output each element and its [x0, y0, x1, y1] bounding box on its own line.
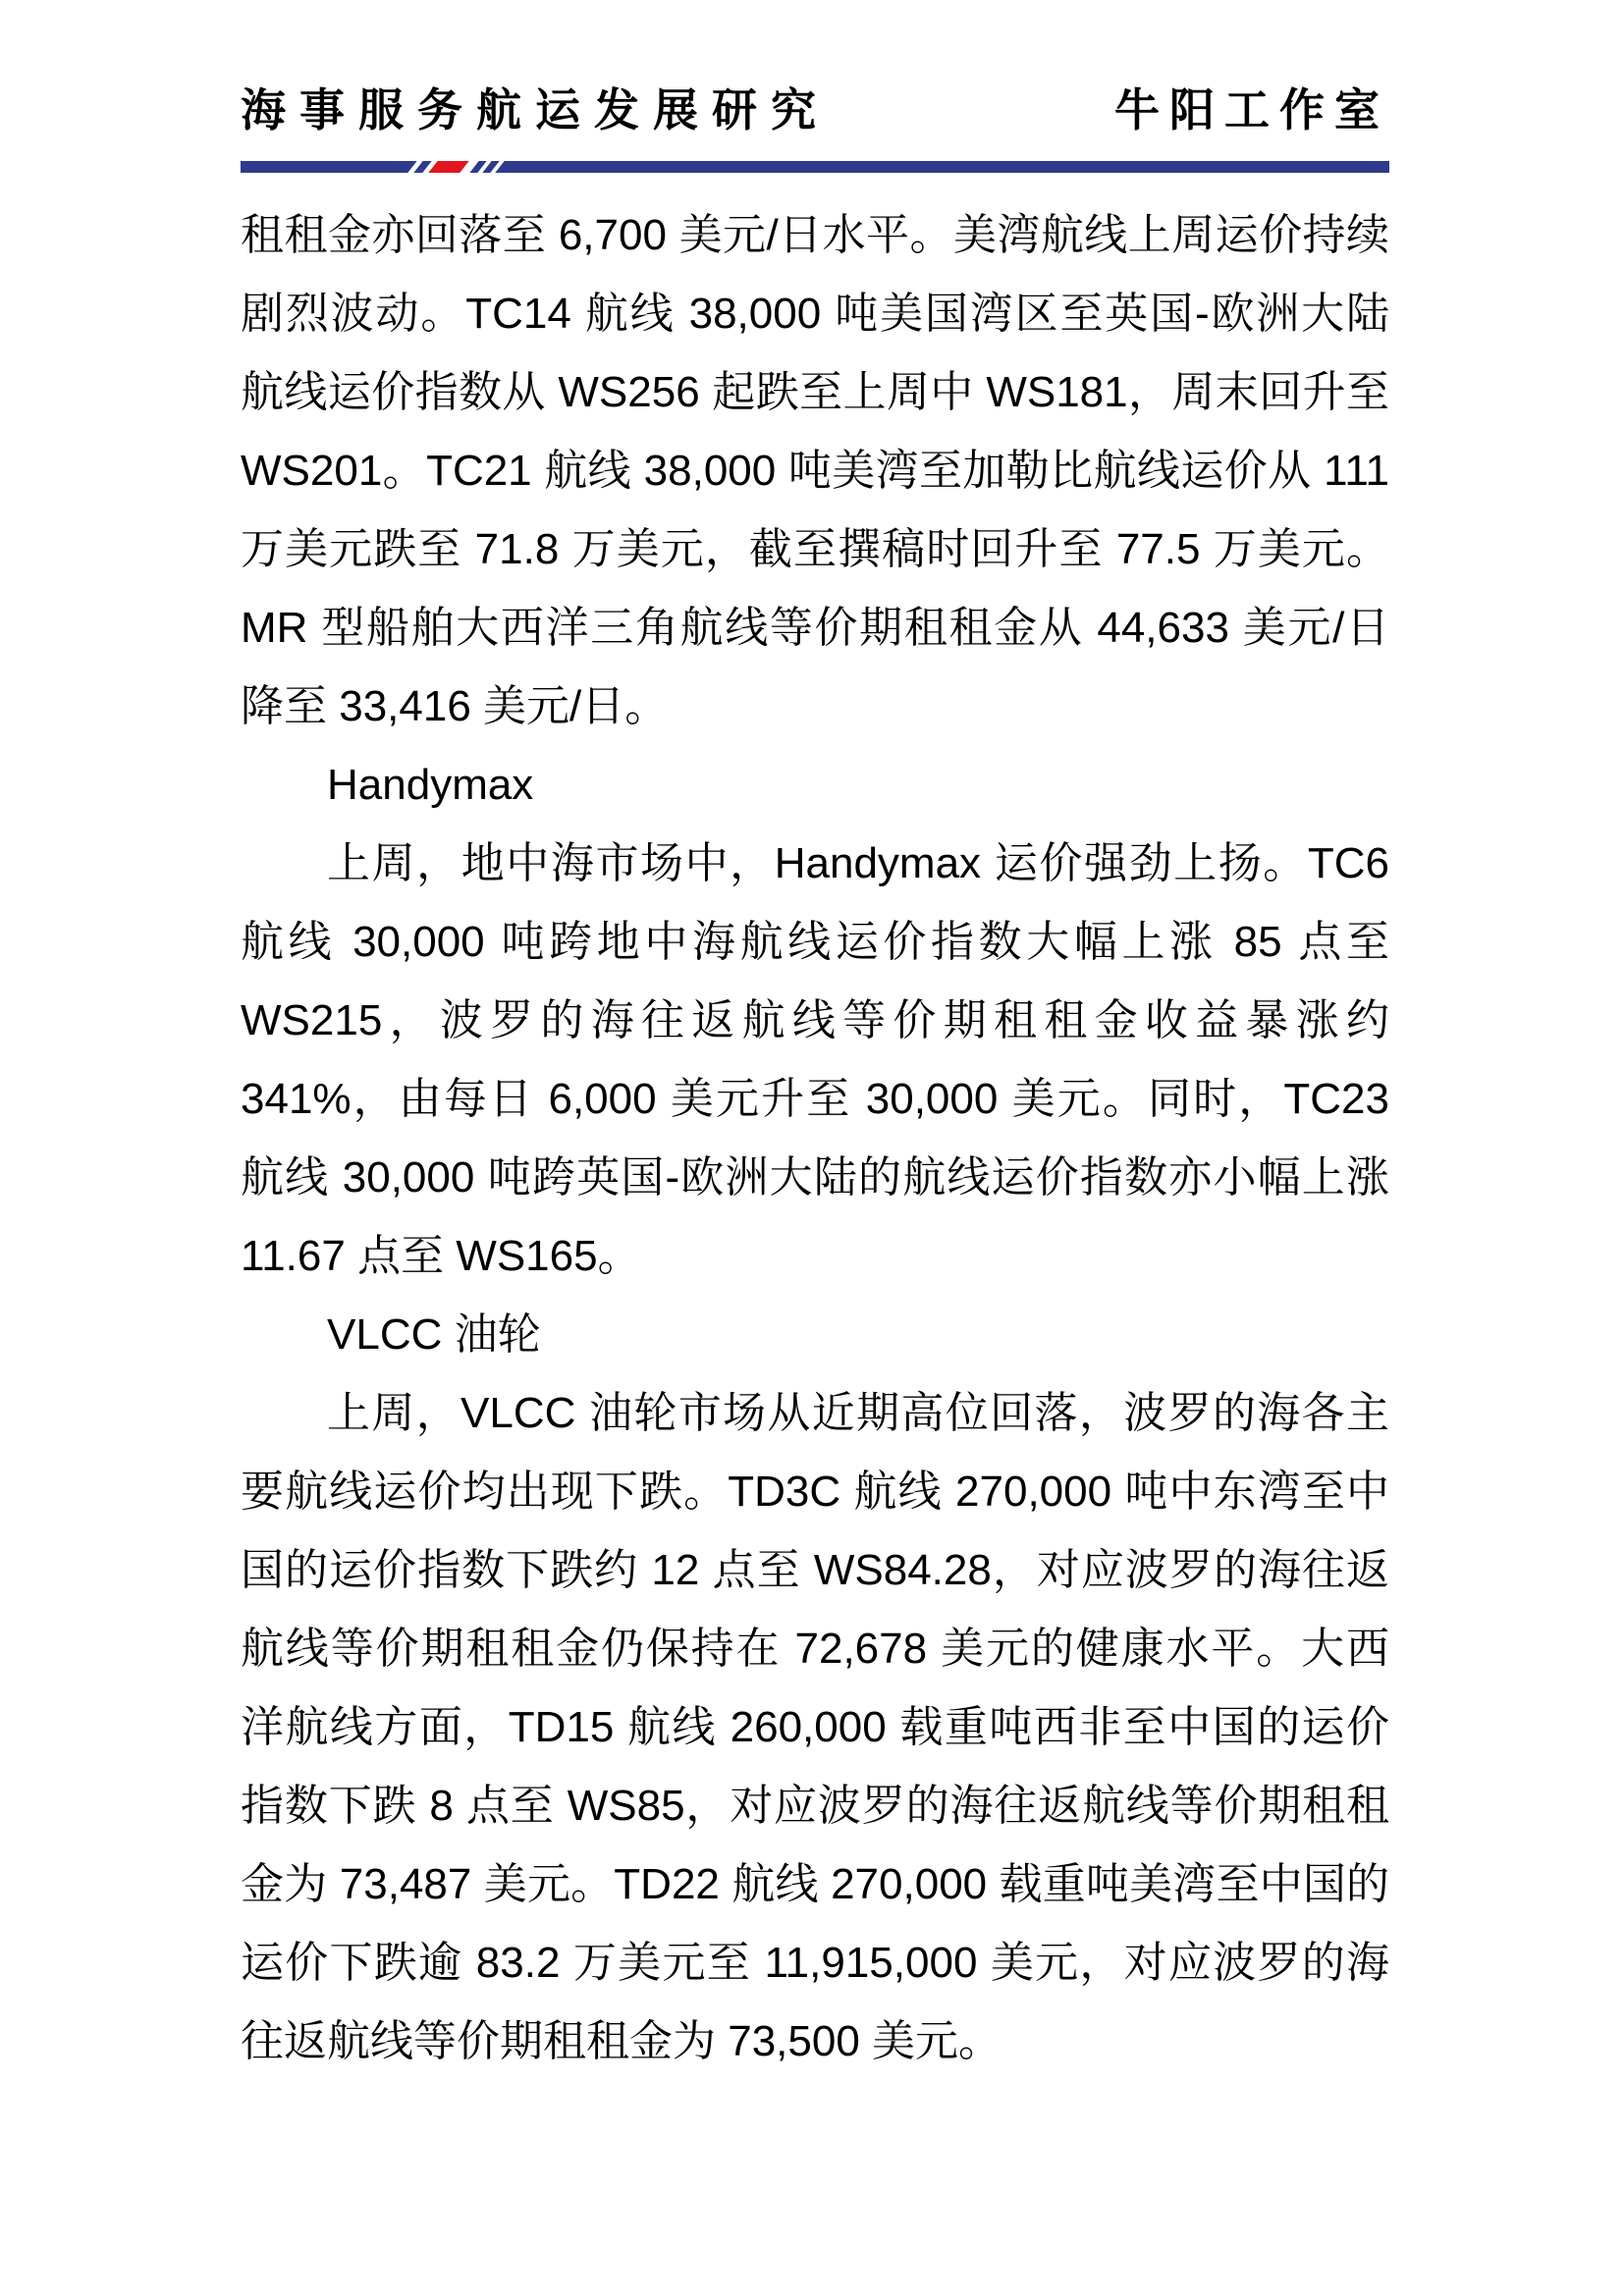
document-body: 租租金亦回落至 6,700 美元/日水平。美湾航线上周运价持续剧烈波动。TC14…	[241, 196, 1389, 2081]
header-divider-bar	[241, 161, 1389, 173]
body-paragraph-product-tankers: 租租金亦回落至 6,700 美元/日水平。美湾航线上周运价持续剧烈波动。TC14…	[241, 196, 1389, 746]
header-title-left: 海事服务航运发展研究	[241, 75, 830, 139]
section-heading-handymax: Handymax	[241, 746, 1389, 825]
document-page: 海事服务航运发展研究 牛阳工作室 租租金亦回落至 6,700 美元/日水平。美湾…	[0, 0, 1624, 2296]
section-heading-vlcc: VLCC 油轮	[241, 1296, 1389, 1374]
body-paragraph-vlcc: 上周，VLCC 油轮市场从近期高位回落，波罗的海各主要航线运价均出现下跌。TD3…	[241, 1374, 1389, 2081]
header-title-right: 牛阳工作室	[1114, 75, 1389, 139]
body-paragraph-handymax: 上周，地中海市场中，Handymax 运价强劲上扬。TC6 航线 30,000 …	[241, 825, 1389, 1296]
header-titles: 海事服务航运发展研究 牛阳工作室	[241, 75, 1389, 139]
